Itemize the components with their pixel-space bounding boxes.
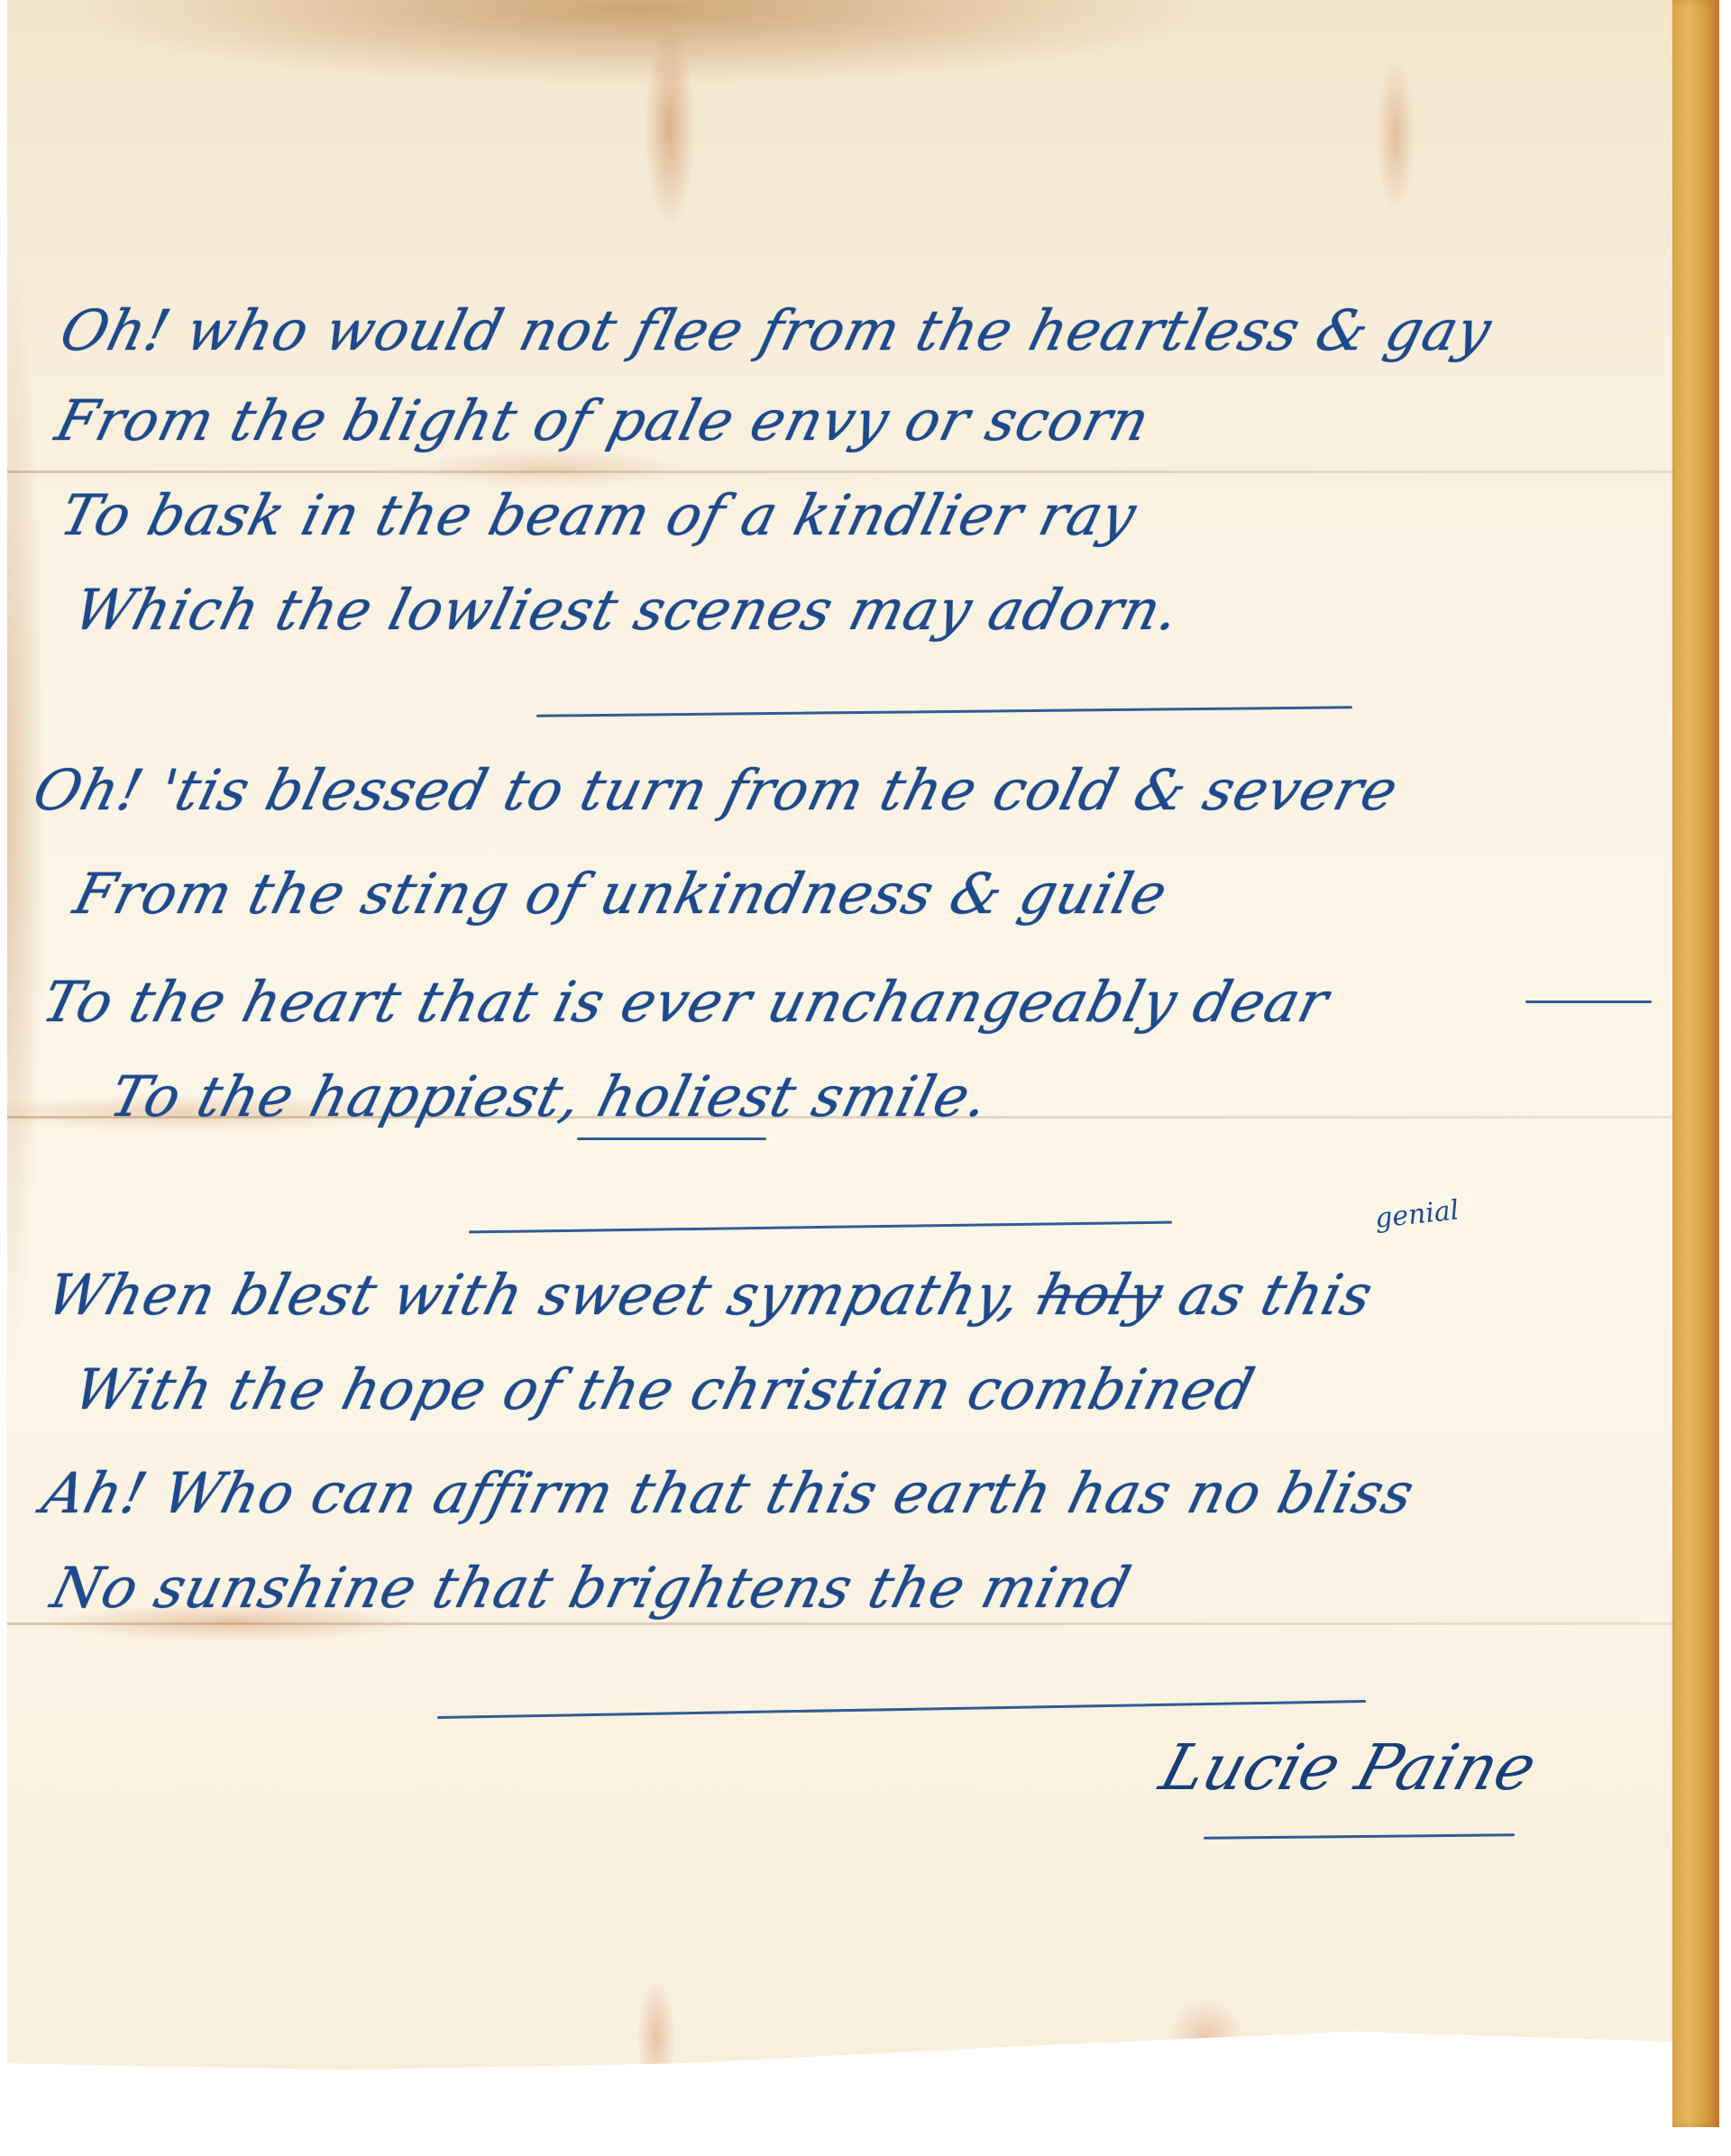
poem-line: To the happiest, holiest smile.: [104, 1064, 996, 1129]
underline-holiest: [577, 1137, 766, 1140]
poem-line: From the blight of pale envy or scorn: [50, 388, 1157, 453]
tape-strip: [1672, 0, 1719, 2127]
poem-line: To the heart that is ever unchangeably d…: [36, 969, 1335, 1035]
struck-word: holy: [1030, 1262, 1169, 1328]
line-text: as this: [1172, 1262, 1379, 1328]
poem-line: Oh! who would not flee from the heartles…: [54, 297, 1498, 363]
underline-dear: [1525, 1000, 1652, 1003]
poem-line: To bask in the beam of a kindlier ray: [54, 482, 1143, 548]
poem-line: Which the lowliest scenes may adorn.: [68, 577, 1186, 643]
poem-line: When blest with sweet sympathy, holy as …: [41, 1262, 1379, 1328]
poem-line: With the hope of the christian combined: [68, 1357, 1261, 1422]
fold-crease: [7, 470, 1675, 473]
poem-line: No sunshine that brightens the mind: [45, 1555, 1138, 1621]
poem-line: Ah! Who can affirm that this earth has n…: [36, 1460, 1421, 1526]
poem-line: Oh! 'tis blessed to turn from the cold &…: [27, 757, 1405, 823]
signature: Lucie Paine: [1152, 1731, 1544, 1804]
poem-line: From the sting of unkindness & guile: [68, 861, 1175, 927]
line-text: When blest with sweet sympathy,: [41, 1262, 1029, 1328]
fold-crease: [7, 1622, 1675, 1625]
